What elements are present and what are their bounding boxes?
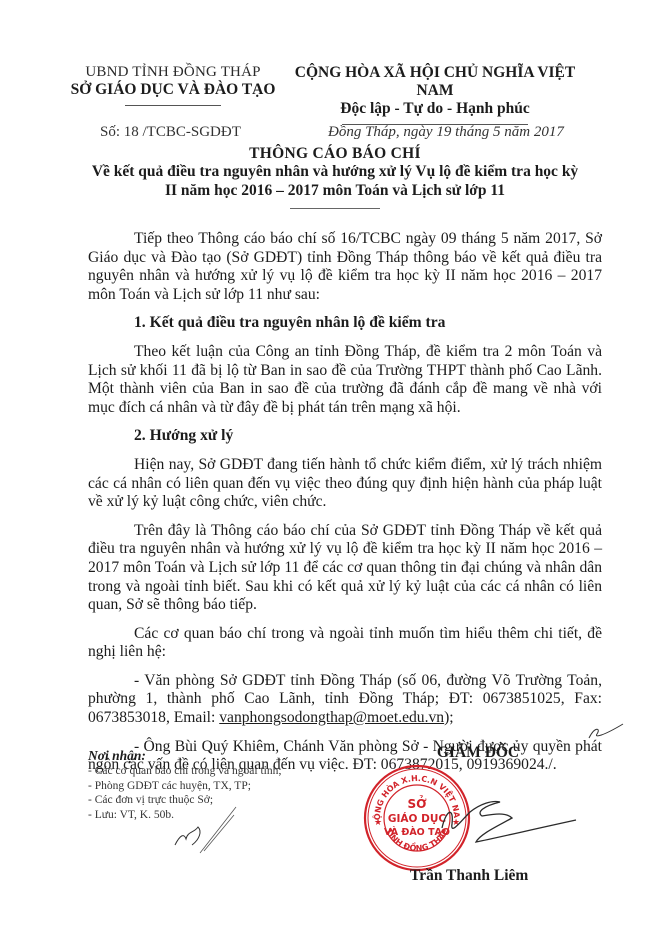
national-header: CỘNG HÒA XÃ HỘI CHỦ NGHĨA VIỆT NAM Độc l…	[285, 64, 585, 125]
title-divider	[290, 208, 380, 209]
section-2-heading: 2. Hướng xử lý	[134, 427, 602, 446]
contact-intro-paragraph: Các cơ quan báo chí trong và ngoài tỉnh …	[88, 625, 602, 662]
section-1-paragraph: Theo kết luận của Công an tỉnh Đồng Tháp…	[88, 343, 602, 417]
initial-signature-icon	[170, 805, 240, 865]
contact-office-paragraph: - Văn phòng Sở GDĐT tỉnh Đồng Tháp (số 0…	[88, 672, 602, 728]
nation-name: CỘNG HÒA XÃ HỘI CHỦ NGHĨA VIỆT NAM	[285, 64, 585, 100]
recipient-item: - Các cơ quan báo chí trong và ngoài tỉn…	[88, 764, 328, 779]
svg-text:★: ★	[374, 817, 382, 827]
header-divider-left	[125, 105, 221, 106]
national-motto: Độc lập - Tự do - Hạnh phúc	[285, 100, 585, 118]
issuer-header: UBND TỈNH ĐỒNG THÁP SỞ GIÁO DỤC VÀ ĐÀO T…	[58, 64, 288, 106]
document-subtitle-line2: II năm học 2016 – 2017 môn Toán và Lịch …	[60, 182, 610, 201]
initial-mark-icon	[585, 718, 625, 744]
stamp-line-2: GIÁO DỤC	[388, 812, 446, 825]
agency-name: UBND TỈNH ĐỒNG THÁP	[58, 64, 288, 81]
signer-name: Trần Thanh Liêm	[410, 867, 528, 885]
contact-email-link[interactable]: vanphongsodongthap@moet.edu.vn	[219, 709, 444, 726]
recipient-item: - Phòng GDĐT các huyện, TX, TP;	[88, 779, 328, 794]
section-2-paragraph: Hiện nay, Sở GDĐT đang tiến hành tổ chức…	[88, 456, 602, 512]
signature-block: GIÁM ĐỐC	[370, 744, 550, 762]
summary-paragraph: Trên đây là Thông cáo báo chí của Sở GDĐ…	[88, 522, 602, 615]
recipients-title: Nơi nhận:	[88, 748, 328, 764]
press-release-document: UBND TỈNH ĐỒNG THÁP SỞ GIÁO DỤC VÀ ĐÀO T…	[0, 0, 660, 928]
document-subtitle-line1: Về kết quả điều tra nguyên nhân và hướng…	[60, 163, 610, 182]
contact-office-end: );	[444, 709, 454, 726]
signer-title: GIÁM ĐỐC	[388, 744, 568, 762]
document-title: THÔNG CÁO BÁO CHÍ	[60, 145, 610, 163]
section-1-heading: 1. Kết quả điều tra nguyên nhân lộ đề ki…	[134, 314, 602, 333]
intro-paragraph: Tiếp theo Thông cáo báo chí số 16/TCBC n…	[88, 230, 602, 304]
director-signature-icon	[440, 790, 580, 860]
document-number: Số: 18 /TCBC-SGDĐT	[100, 124, 241, 141]
department-name: SỞ GIÁO DỤC VÀ ĐÀO TẠO	[58, 81, 288, 99]
document-body: Tiếp theo Thông cáo báo chí số 16/TCBC n…	[88, 230, 602, 785]
place-date: Đồng Tháp, ngày 19 tháng 5 năm 2017	[328, 124, 564, 141]
document-title-block: THÔNG CÁO BÁO CHÍ Về kết quả điều tra ng…	[60, 145, 610, 209]
stamp-line-1: SỞ	[407, 795, 427, 811]
